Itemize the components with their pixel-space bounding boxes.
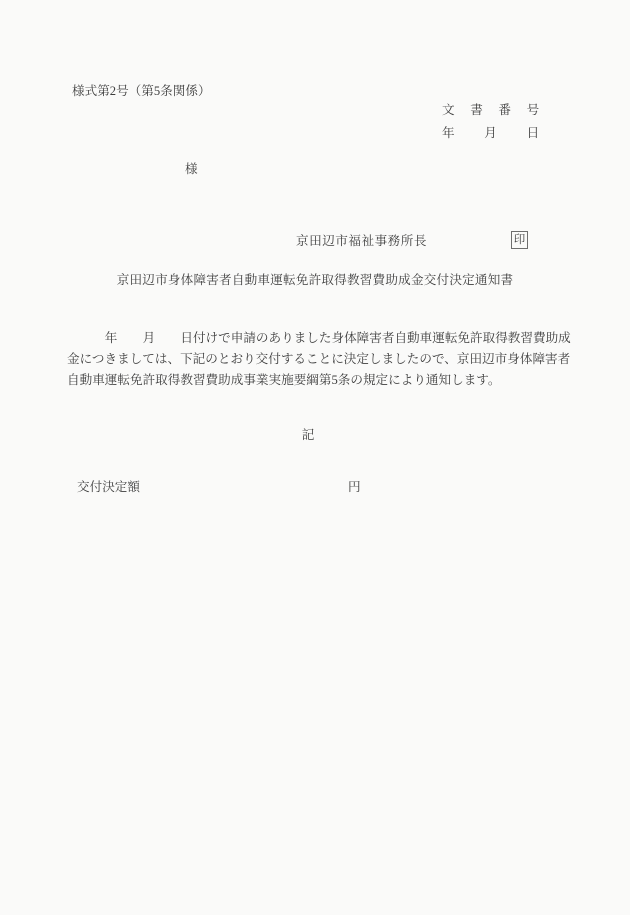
doc-number-label: 文 書 番 号 xyxy=(442,103,541,117)
sender-name: 京田辺市福祉事務所長 xyxy=(296,234,427,248)
form-number-label: 様式第2号（第5条関係） xyxy=(72,84,211,98)
body-paragraph-line: 金につきましては、下記のとおり交付することに決定しましたので、京田辺市身体障害者 xyxy=(67,352,579,366)
body-paragraph-line: 年 月 日付けで申請のありました身体障害者自動車運転免許取得教習費助成 xyxy=(67,331,579,345)
date-placeholder-line: 年 月 日 xyxy=(442,126,541,140)
amount-unit-label: 円 xyxy=(348,480,361,494)
addressee-honorific: 様 xyxy=(185,162,198,176)
seal-stamp-icon: 印 xyxy=(511,231,528,249)
document-page: 様式第2号（第5条関係） 文 書 番 号 年 月 日 様 京田辺市福祉事務所長 … xyxy=(0,0,630,915)
note-marker: 記 xyxy=(0,428,616,442)
document-title: 京田辺市身体障害者自動車運転免許取得教習費助成金交付決定通知書 xyxy=(0,273,630,287)
amount-label: 交付決定額 xyxy=(77,480,140,494)
body-paragraph-line: 自動車運転免許取得教習費助成事業実施要綱第5条の規定により通知します。 xyxy=(67,373,579,387)
